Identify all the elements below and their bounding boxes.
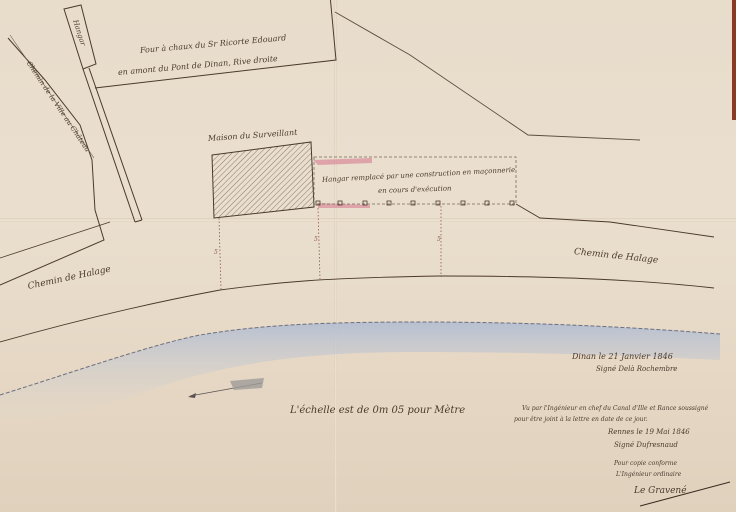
chemin-ville-line [0, 38, 104, 285]
signature-name: Signé Delà Rochembre [596, 365, 677, 373]
approval-signed: Signé Dufresnaud [614, 441, 678, 449]
ingenieur-signature: Le Gravené [634, 486, 687, 496]
signature-date: Dinan le 21 Janvier 1846 [572, 352, 673, 361]
cote-marker: 5 [437, 236, 441, 243]
copy-conforme: Pour copie conforme [614, 460, 677, 467]
approval-line2: pour être joint à la lettre en date de c… [514, 416, 648, 423]
halage-upper-edge [516, 204, 714, 237]
approval-date: Rennes le 19 Mai 1846 [608, 428, 690, 436]
cote-marker: 5 [214, 249, 218, 256]
cote-marker: 5 [314, 236, 318, 243]
ingenieur-title: L'Ingénieur ordinaire [616, 471, 681, 478]
approval-line1: Vu par l'Ingénieur en chef du Canal d'Il… [522, 405, 708, 412]
map-sheet: Four à chaux du Sr Ricorte Edouard en am… [0, 0, 736, 512]
property-boundary [335, 12, 640, 140]
label-scale: L'échelle est de 0m 05 pour Mètre [290, 405, 465, 416]
compass-arrow-icon [188, 378, 264, 398]
maison-surveillant [212, 142, 314, 218]
